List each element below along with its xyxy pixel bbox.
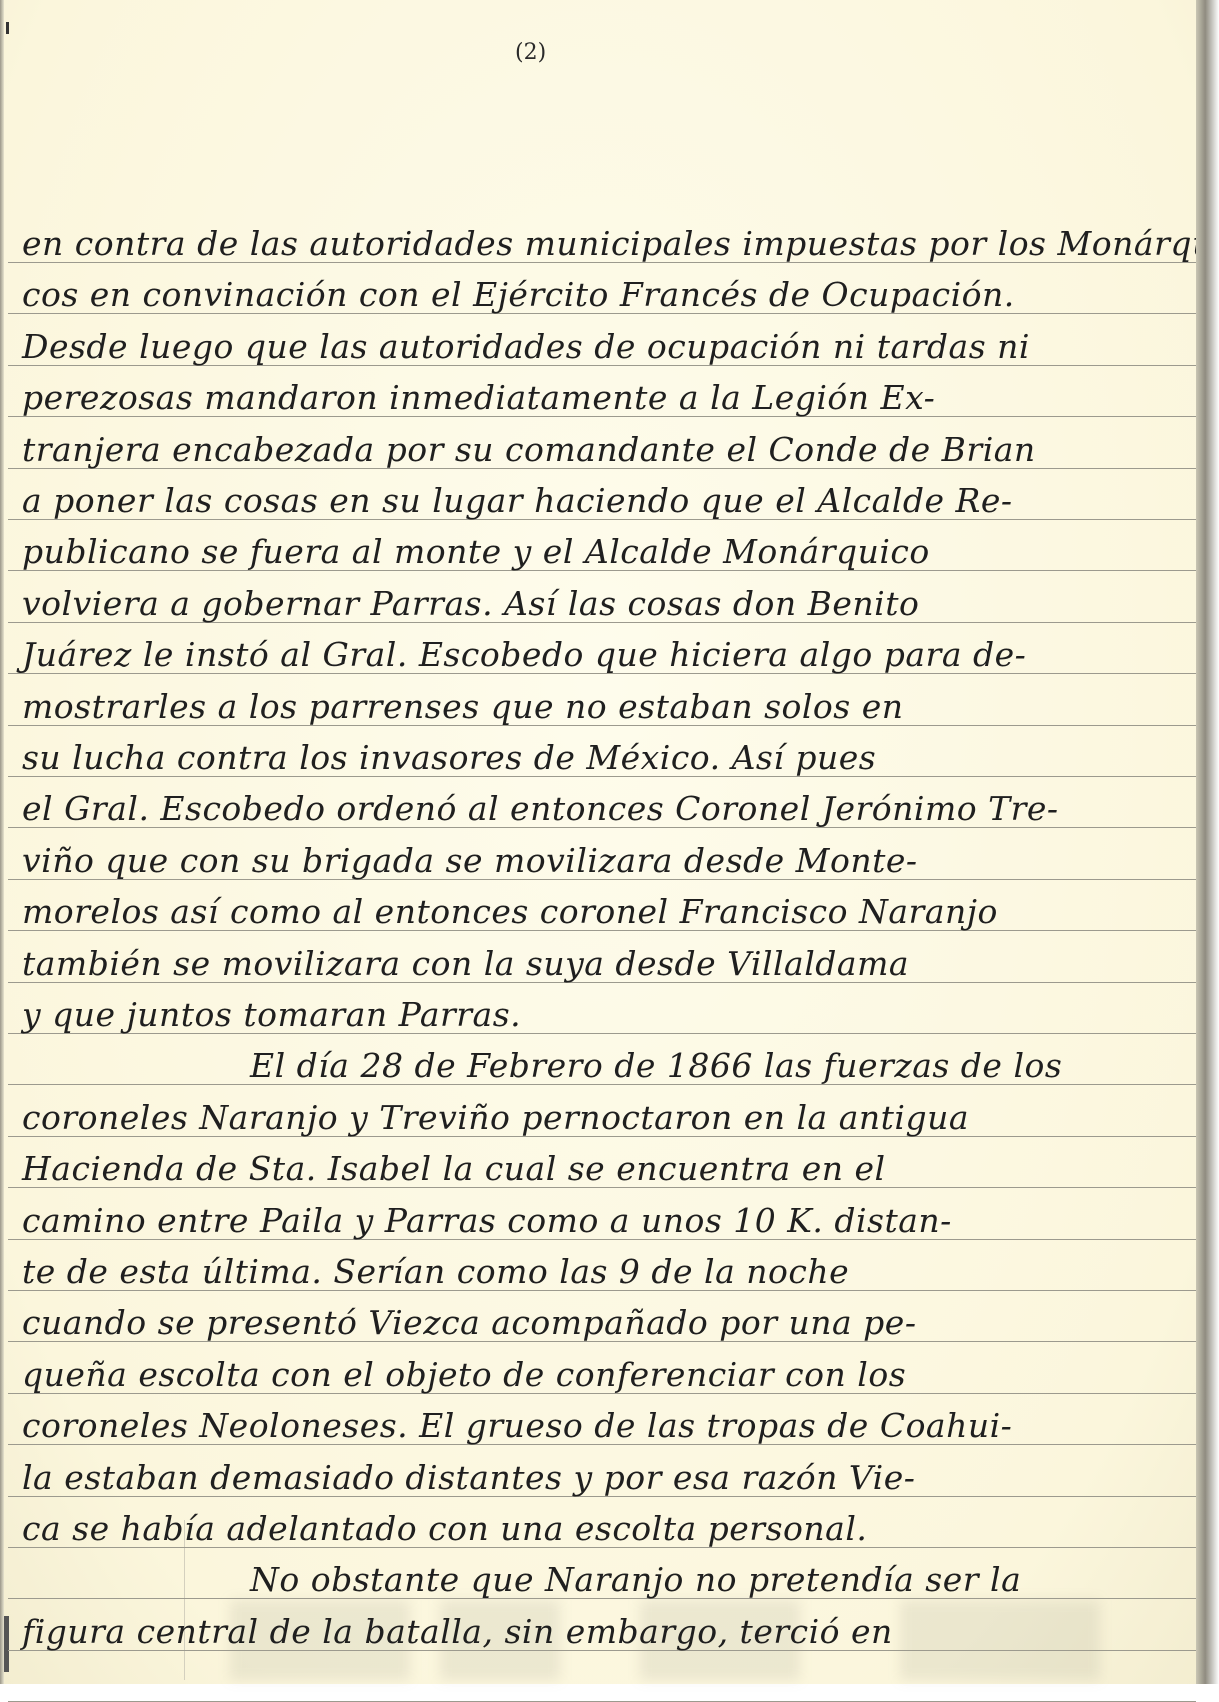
page-left-edge [0, 0, 4, 1684]
text-line: ca se había adelantado con una escolta p… [22, 1509, 1192, 1549]
text-line: perezosas mandaron inmediatamente a la L… [22, 378, 1192, 418]
scan-mark-bottom [4, 1616, 9, 1672]
text-line: cos en convinación con el Ejército Franc… [22, 275, 1192, 315]
manuscript-page: (2) en contra de las autoridades municip… [0, 0, 1200, 1684]
text-line: mostrarles a los parrenses que no estaba… [22, 687, 1192, 727]
text-line: morelos así como al entonces coronel Fra… [22, 892, 1192, 932]
text-line: cuando se presentó Viezca acompañado por… [22, 1303, 1192, 1343]
page-number: (2) [515, 40, 546, 65]
text-line: queña escolta con el objeto de conferenc… [22, 1355, 1192, 1395]
text-line: también se movilizara con la suya desde … [22, 944, 1192, 984]
text-line: camino entre Paila y Parras como a unos … [22, 1201, 1192, 1241]
text-line: la estaban demasiado distantes y por esa… [22, 1458, 1192, 1498]
text-line: Hacienda de Sta. Isabel la cual se encue… [22, 1149, 1192, 1189]
scan-mark-top [6, 22, 9, 34]
page-right-edge [1196, 0, 1219, 1684]
text-line: viño que con su brigada se movilizara de… [22, 841, 1192, 881]
text-line: y que juntos tomaran Parras. [22, 995, 1192, 1035]
text-line: coroneles Neoloneses. El grueso de las t… [22, 1406, 1192, 1446]
text-line: Desde luego que las autoridades de ocupa… [22, 327, 1192, 367]
text-line: Juárez le instó al Gral. Escobedo que hi… [22, 635, 1192, 675]
text-line: en contra de las autoridades municipales… [22, 224, 1192, 264]
text-line: el Gral. Escobedo ordenó al entonces Cor… [22, 789, 1192, 829]
text-line: publicano se fuera al monte y el Alcalde… [22, 532, 1192, 572]
text-line: volviera a gobernar Parras. Así las cosa… [22, 584, 1192, 624]
text-line: El día 28 de Febrero de 1866 las fuerzas… [250, 1046, 1180, 1086]
text-line: te de esta última. Serían como las 9 de … [22, 1252, 1192, 1292]
text-line: tranjera encabezada por su comandante el… [22, 430, 1192, 470]
text-line: figura central de la batalla, sin embarg… [22, 1612, 1192, 1652]
text-line: su lucha contra los invasores de México.… [22, 738, 1192, 778]
text-line: a poner las cosas en su lugar haciendo q… [22, 481, 1192, 521]
text-line: No obstante que Naranjo no pretendía ser… [250, 1560, 1180, 1600]
text-line: coroneles Naranjo y Treviño pernoctaron … [22, 1098, 1192, 1138]
